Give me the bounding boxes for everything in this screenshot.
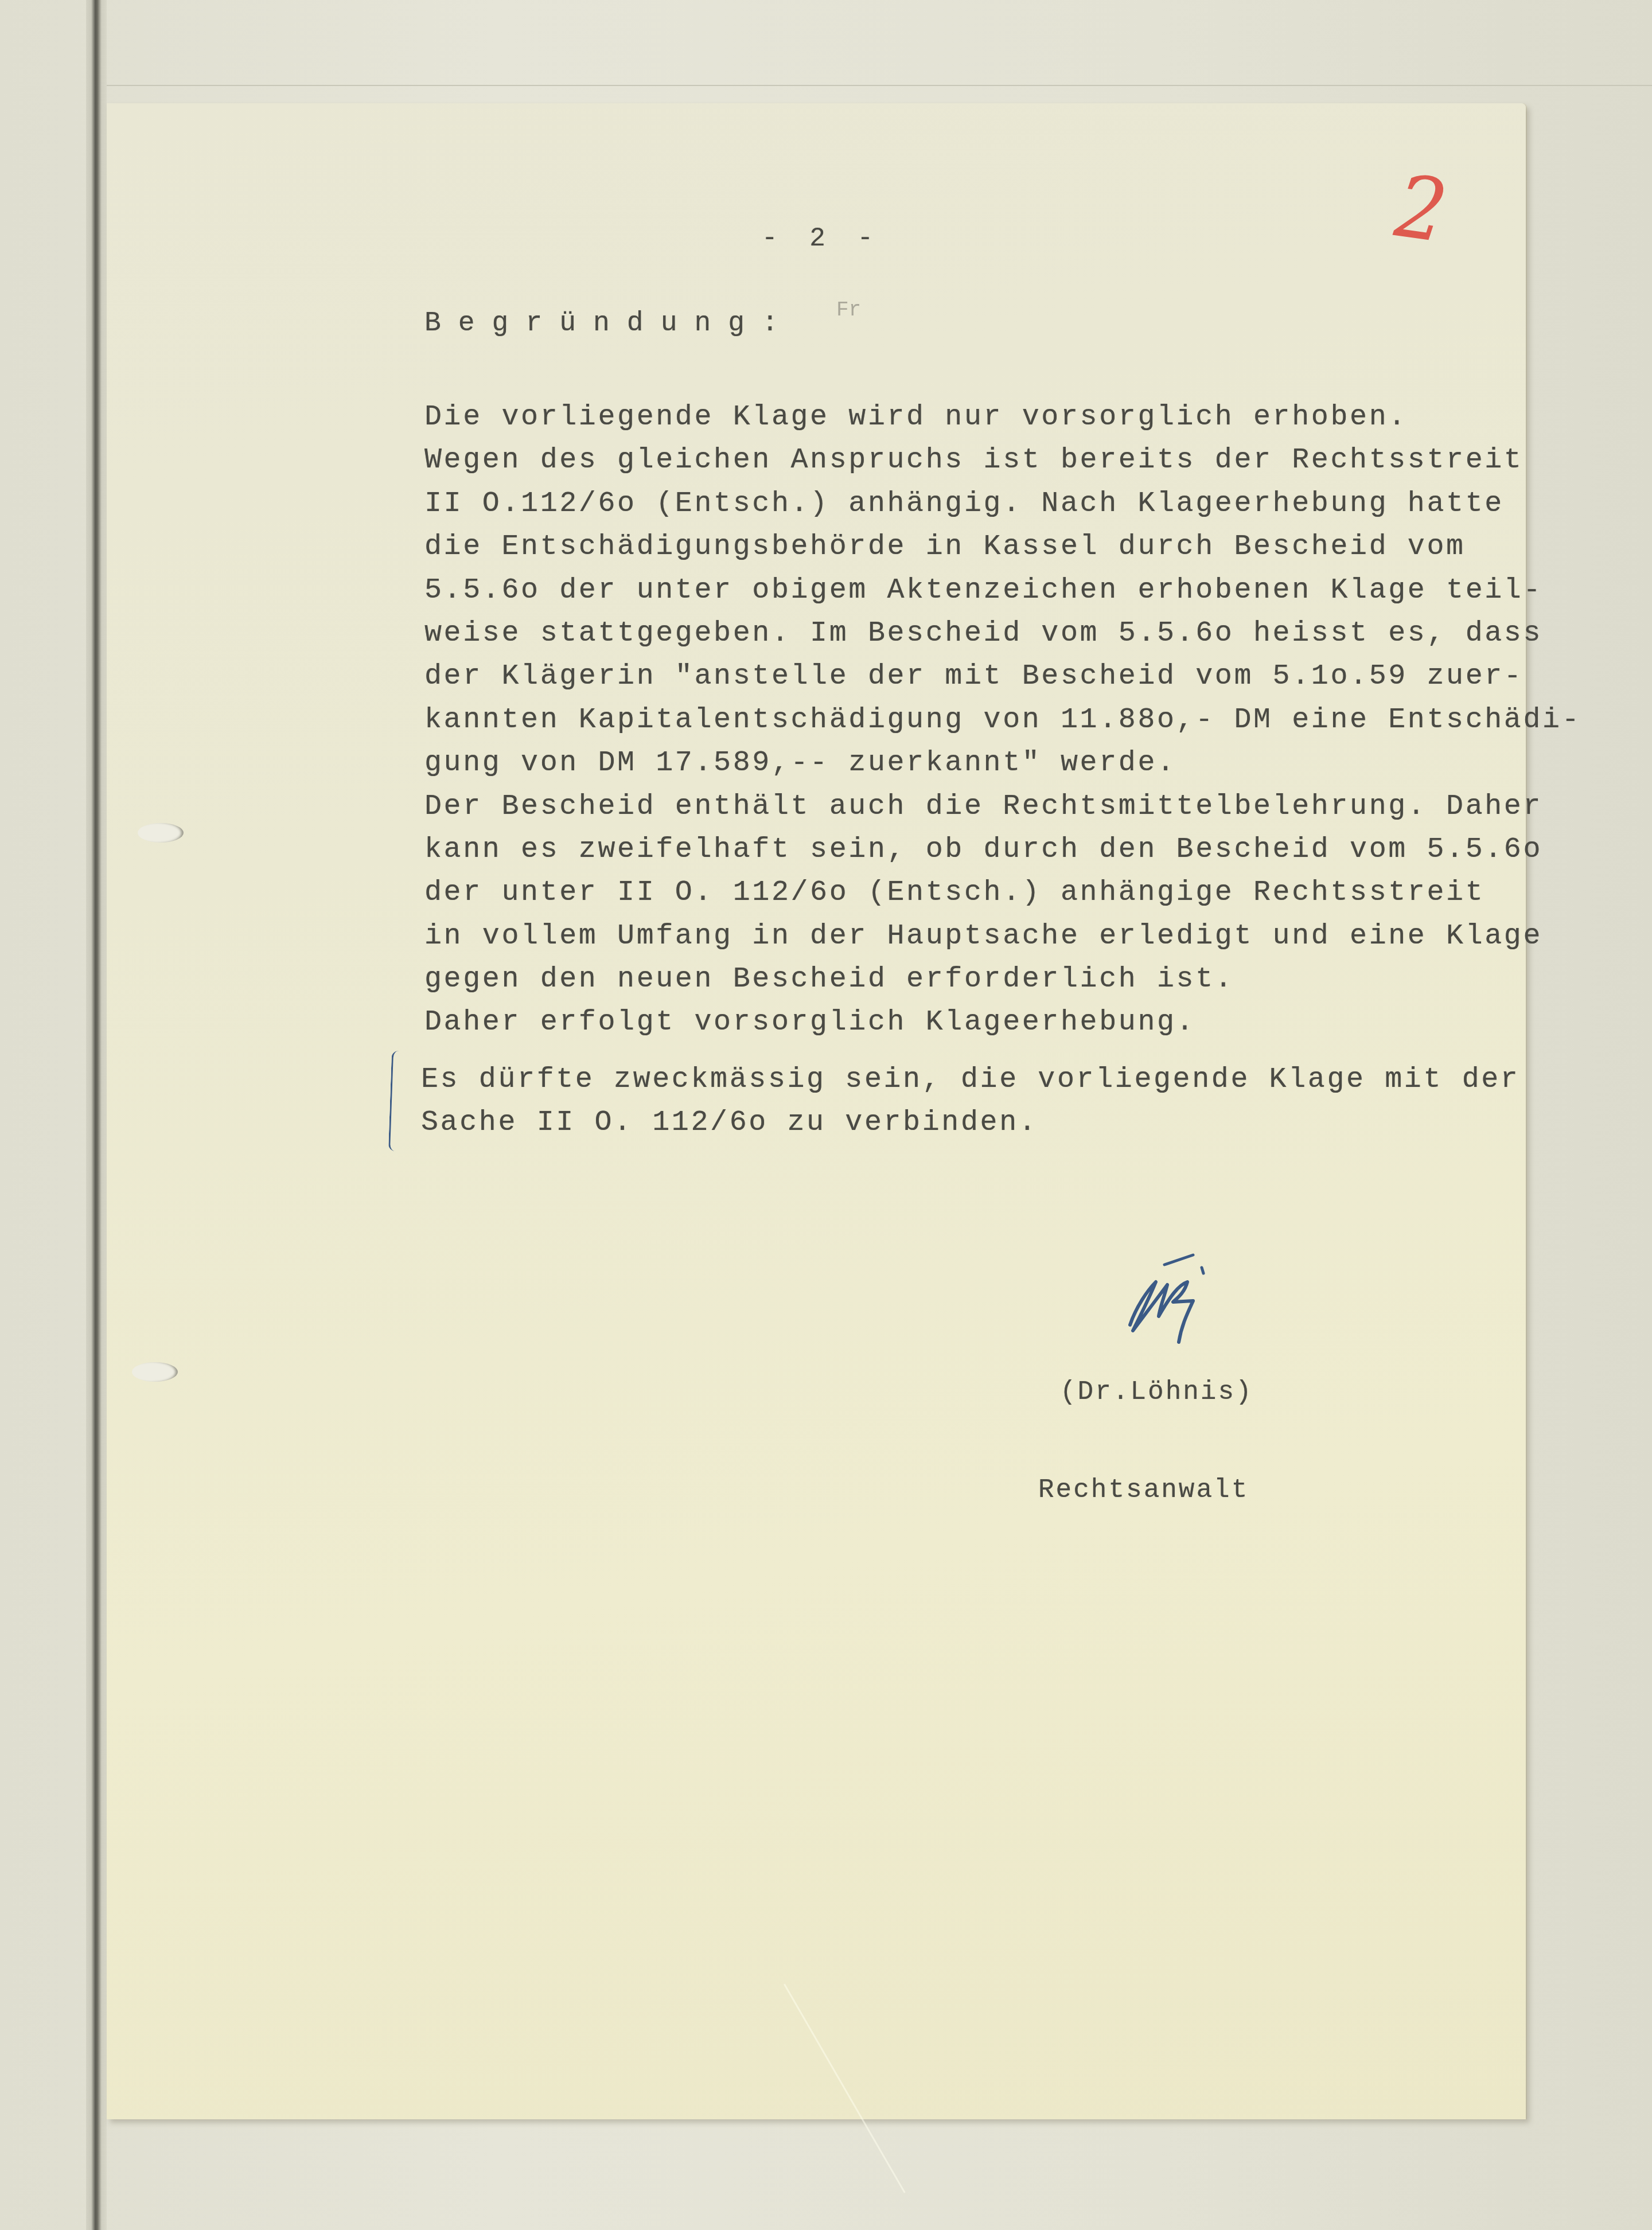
body-paragraph: Die vorliegende Klage wird nur vorsorgli… — [424, 396, 1581, 1044]
text-line: Die vorliegende Klage wird nur vorsorgli… — [424, 396, 1581, 439]
text-line: gegen den neuen Bescheid erforderlich is… — [424, 958, 1581, 1001]
signature-block: (Dr.Löhnis) Rechtsanwalt — [1038, 1311, 1253, 1539]
text-line: Es dürfte zweckmässig sein, die vorliege… — [421, 1058, 1519, 1101]
text-line: der Klägerin "anstelle der mit Bescheid … — [424, 655, 1581, 698]
margin-stamp: Fr — [836, 298, 861, 322]
punch-hole — [138, 823, 184, 843]
text-line: gung von DM 17.589,-- zuerkannt" werde. — [424, 742, 1581, 785]
signer-name: (Dr.Löhnis) — [1060, 1376, 1253, 1409]
text-line: kannten Kapitalentschädigung von 11.88o,… — [424, 699, 1581, 742]
closing-paragraph: Es dürfte zweckmässig sein, die vorliege… — [421, 1058, 1519, 1145]
text-line: kann es zweifelhaft sein, ob durch den B… — [424, 828, 1581, 871]
text-line: Wegen des gleichen Anspruchs ist bereits… — [424, 439, 1581, 482]
text-line: 5.5.6o der unter obigem Aktenzeichen erh… — [424, 569, 1581, 612]
text-line: Der Bescheid enthält auch die Rechtsmitt… — [424, 785, 1581, 828]
backing-sheet-fold — [107, 85, 1652, 86]
text-line: die Entschädigungsbehörde in Kassel durc… — [424, 525, 1581, 568]
text-line: der unter II O. 112/6o (Entsch.) anhängi… — [424, 871, 1581, 914]
text-line: weise stattgegeben. Im Bescheid vom 5.5.… — [424, 612, 1581, 655]
signer-title: Rechtsanwalt — [1038, 1474, 1253, 1507]
binder-strip — [86, 0, 107, 2230]
page-number: - 2 - — [762, 225, 881, 252]
text-line: Daher erfolgt vorsorglich Klageerhebung. — [424, 1001, 1581, 1044]
section-heading: Begründung: — [424, 310, 796, 337]
punch-hole — [132, 1362, 178, 1382]
text-line: Sache II O. 112/6o zu verbinden. — [421, 1101, 1519, 1144]
text-line: in vollem Umfang in der Hauptsache erled… — [424, 915, 1581, 958]
text-line: II O.112/6o (Entsch.) anhängig. Nach Kla… — [424, 482, 1581, 525]
